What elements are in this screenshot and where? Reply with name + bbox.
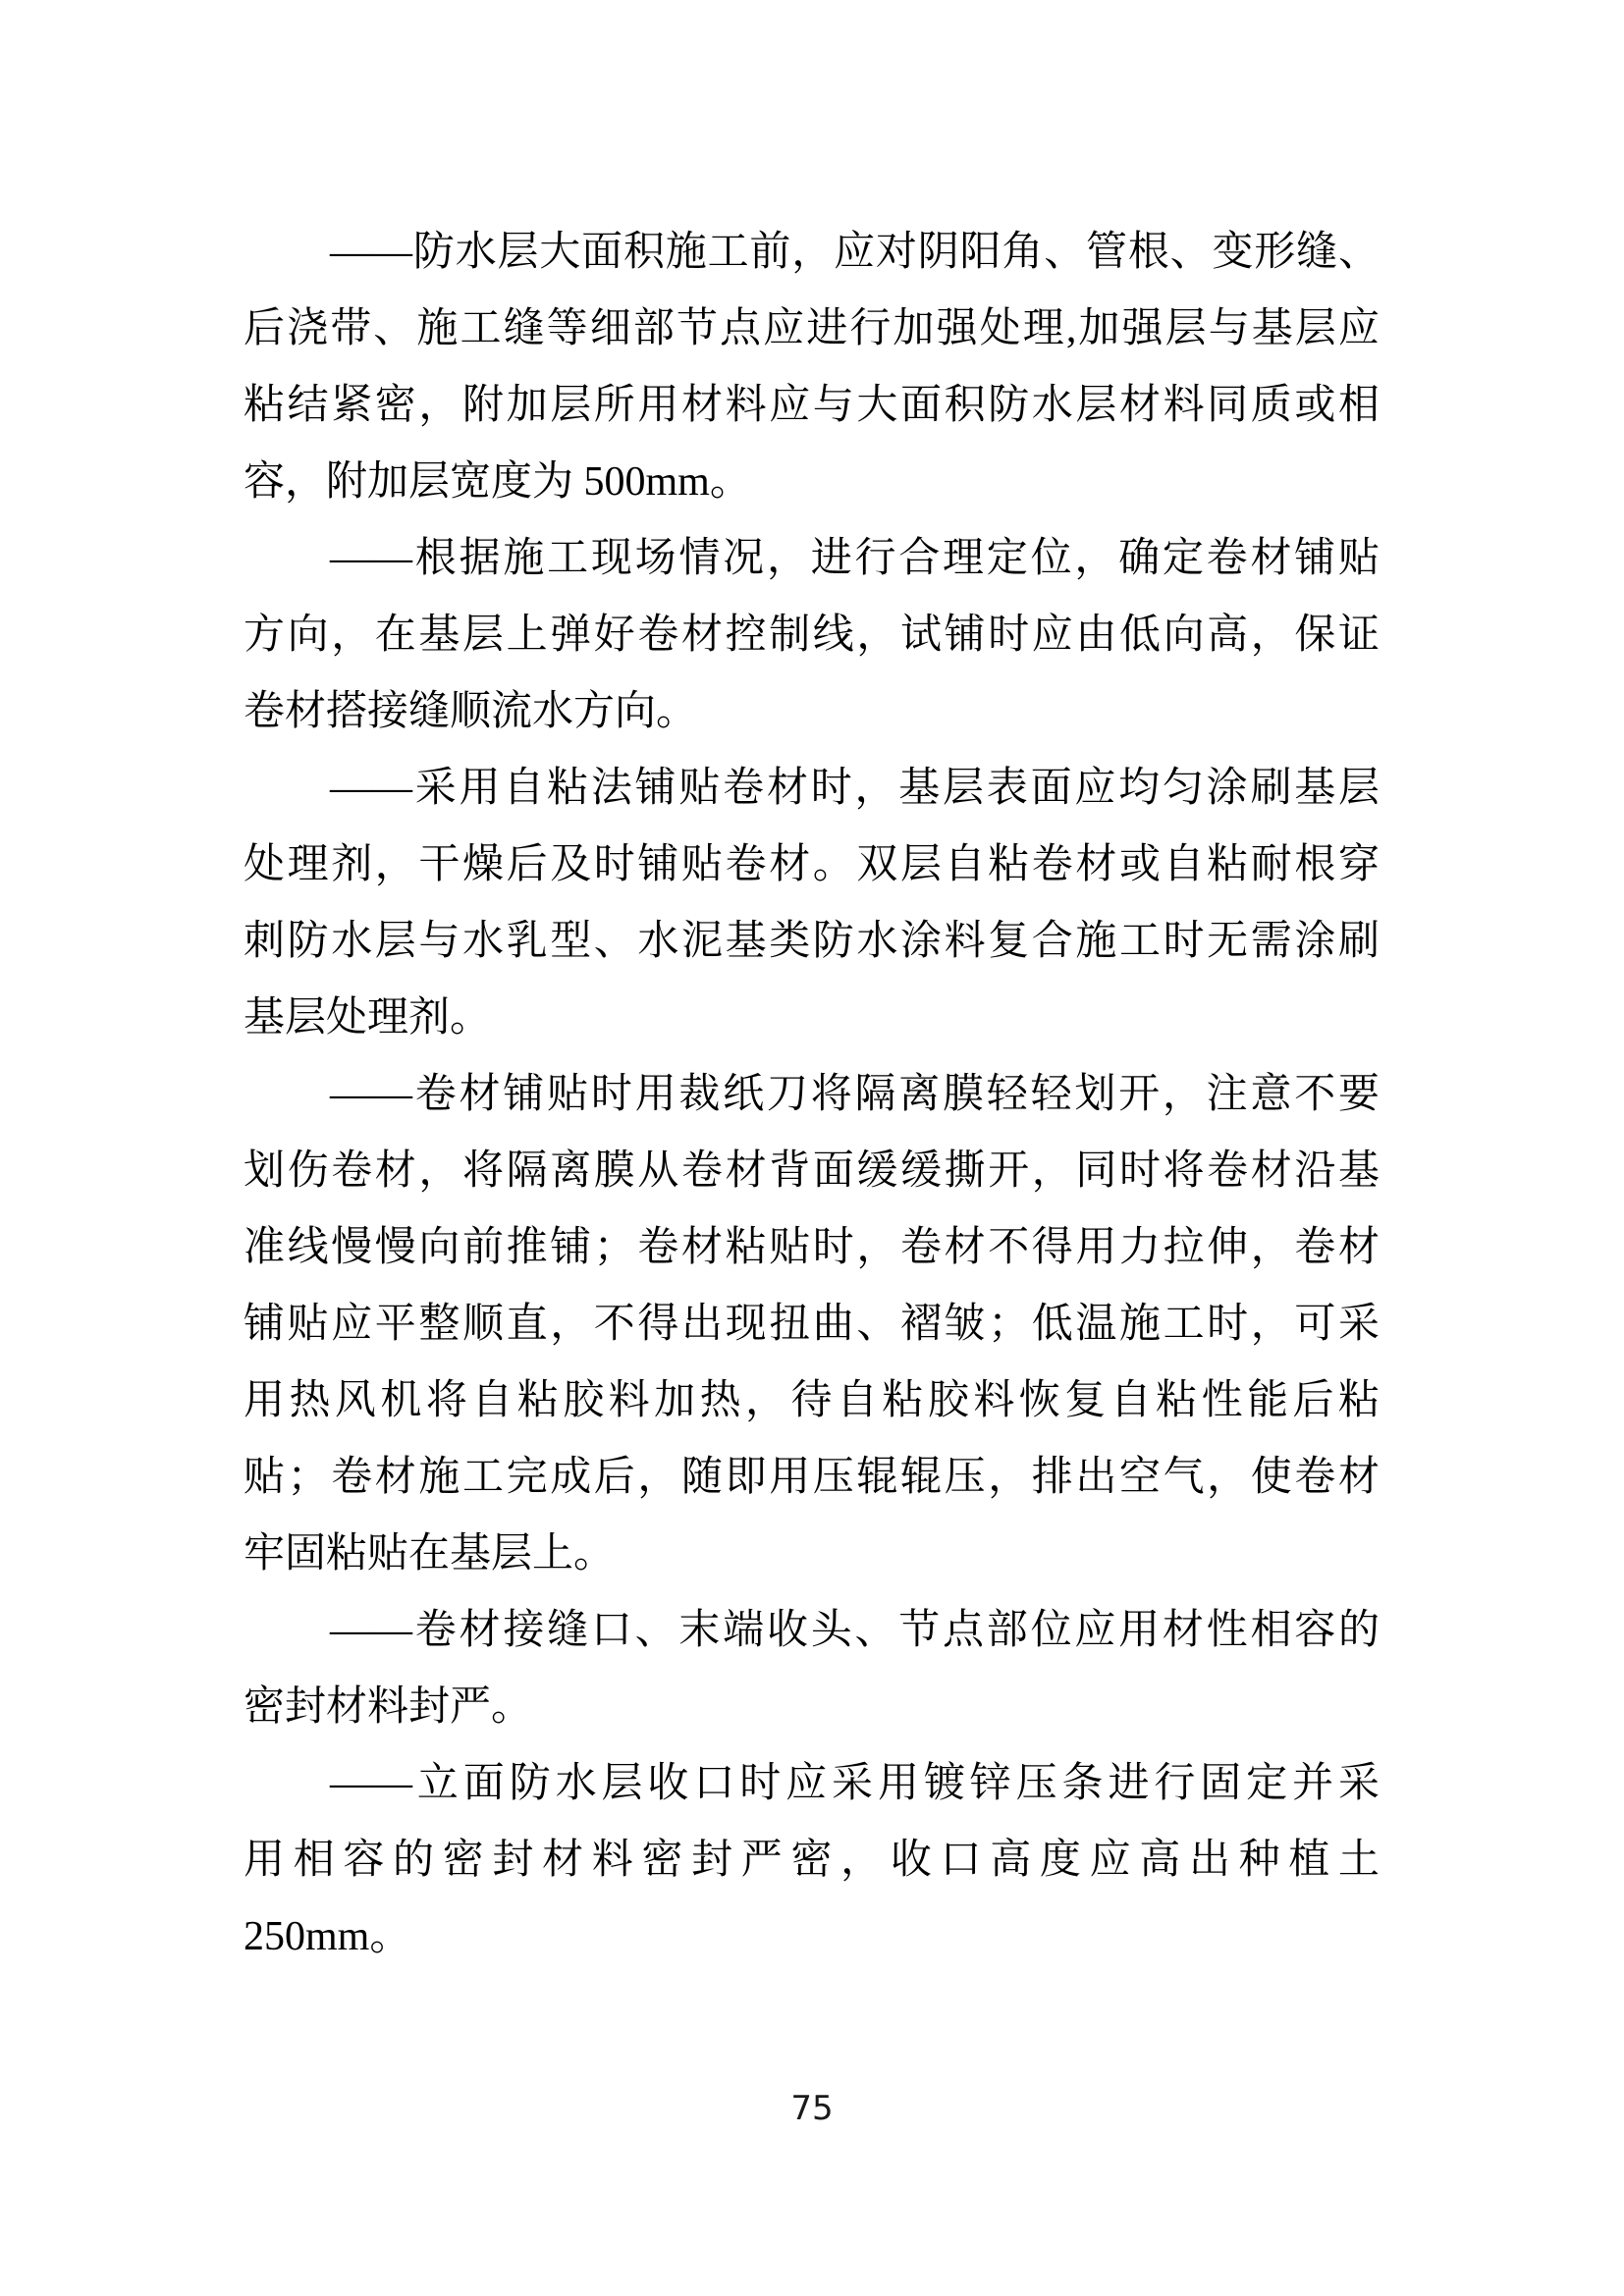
text-line: 处理剂，干燥后及时铺贴卷材。双层自粘卷材或自粘耐根穿 bbox=[244, 827, 1380, 903]
paragraph: ——根据施工现场情况，进行合理定位，确定卷材铺贴 方向，在基层上弹好卷材控制线，… bbox=[244, 520, 1380, 750]
text-line: 方向，在基层上弹好卷材控制线，试铺时应由低向高，保证 bbox=[244, 597, 1380, 673]
text-line: ——采用自粘法铺贴卷材时，基层表面应均匀涂刷基层 bbox=[244, 750, 1380, 827]
document-page: ——防水层大面积施工前，应对阴阳角、管根、变形缝、 后浇带、施工缝等细部节点应进… bbox=[0, 0, 1624, 2296]
text-line: ——根据施工现场情况，进行合理定位，确定卷材铺贴 bbox=[244, 520, 1380, 597]
text-line: ——卷材接缝口、末端收头、节点部位应用材性相容的 bbox=[244, 1592, 1380, 1669]
paragraph: ——采用自粘法铺贴卷材时，基层表面应均匀涂刷基层 处理剂，干燥后及时铺贴卷材。双… bbox=[244, 750, 1380, 1056]
text-line: ——防水层大面积施工前，应对阴阳角、管根、变形缝、 bbox=[244, 214, 1380, 291]
page-number: 75 bbox=[790, 2089, 833, 2128]
text-line: 后浇带、施工缝等细部节点应进行加强处理,加强层与基层应 bbox=[244, 291, 1380, 367]
paragraph: ——卷材接缝口、末端收头、节点部位应用材性相容的 密封材料封严。 bbox=[244, 1592, 1380, 1745]
text-line: 卷材搭接缝顺流水方向。 bbox=[244, 673, 1380, 750]
paragraph: ——防水层大面积施工前，应对阴阳角、管根、变形缝、 后浇带、施工缝等细部节点应进… bbox=[244, 214, 1380, 520]
page-footer: 75 bbox=[0, 2089, 1624, 2128]
text-line: ——卷材铺贴时用裁纸刀将隔离膜轻轻划开，注意不要 bbox=[244, 1056, 1380, 1133]
paragraph: ——卷材铺贴时用裁纸刀将隔离膜轻轻划开，注意不要 划伤卷材，将隔离膜从卷材背面缓… bbox=[244, 1056, 1380, 1592]
text-line: 粘结紧密，附加层所用材料应与大面积防水层材料同质或相 bbox=[244, 367, 1380, 444]
text-line: 基层处理剂。 bbox=[244, 980, 1380, 1056]
text-line: 容，附加层宽度为 500mm。 bbox=[244, 444, 1380, 520]
text-line: 贴；卷材施工完成后，随即用压辊辊压，排出空气，使卷材 bbox=[244, 1439, 1380, 1516]
text-line: 250mm。 bbox=[244, 1898, 1380, 1975]
text-line: 刺防水层与水乳型、水泥基类防水涂料复合施工时无需涂刷 bbox=[244, 903, 1380, 980]
text-line: 铺贴应平整顺直，不得出现扭曲、褶皱；低温施工时，可采 bbox=[244, 1286, 1380, 1362]
text-line: ——立面防水层收口时应采用镀锌压条进行固定并采 bbox=[244, 1745, 1380, 1822]
text-line: 准线慢慢向前推铺；卷材粘贴时，卷材不得用力拉伸，卷材 bbox=[244, 1209, 1380, 1286]
text-line: 密封材料封严。 bbox=[244, 1669, 1380, 1745]
text-line: 用相容的密封材料密封严密，收口高度应高出种植土 bbox=[244, 1822, 1380, 1898]
text-line: 牢固粘贴在基层上。 bbox=[244, 1516, 1380, 1592]
text-line: 用热风机将自粘胶料加热，待自粘胶料恢复自粘性能后粘 bbox=[244, 1362, 1380, 1439]
paragraph: ——立面防水层收口时应采用镀锌压条进行固定并采 用相容的密封材料密封严密，收口高… bbox=[244, 1745, 1380, 1975]
text-line: 划伤卷材，将隔离膜从卷材背面缓缓撕开，同时将卷材沿基 bbox=[244, 1133, 1380, 1209]
text-block: ——防水层大面积施工前，应对阴阳角、管根、变形缝、 后浇带、施工缝等细部节点应进… bbox=[244, 214, 1380, 1975]
